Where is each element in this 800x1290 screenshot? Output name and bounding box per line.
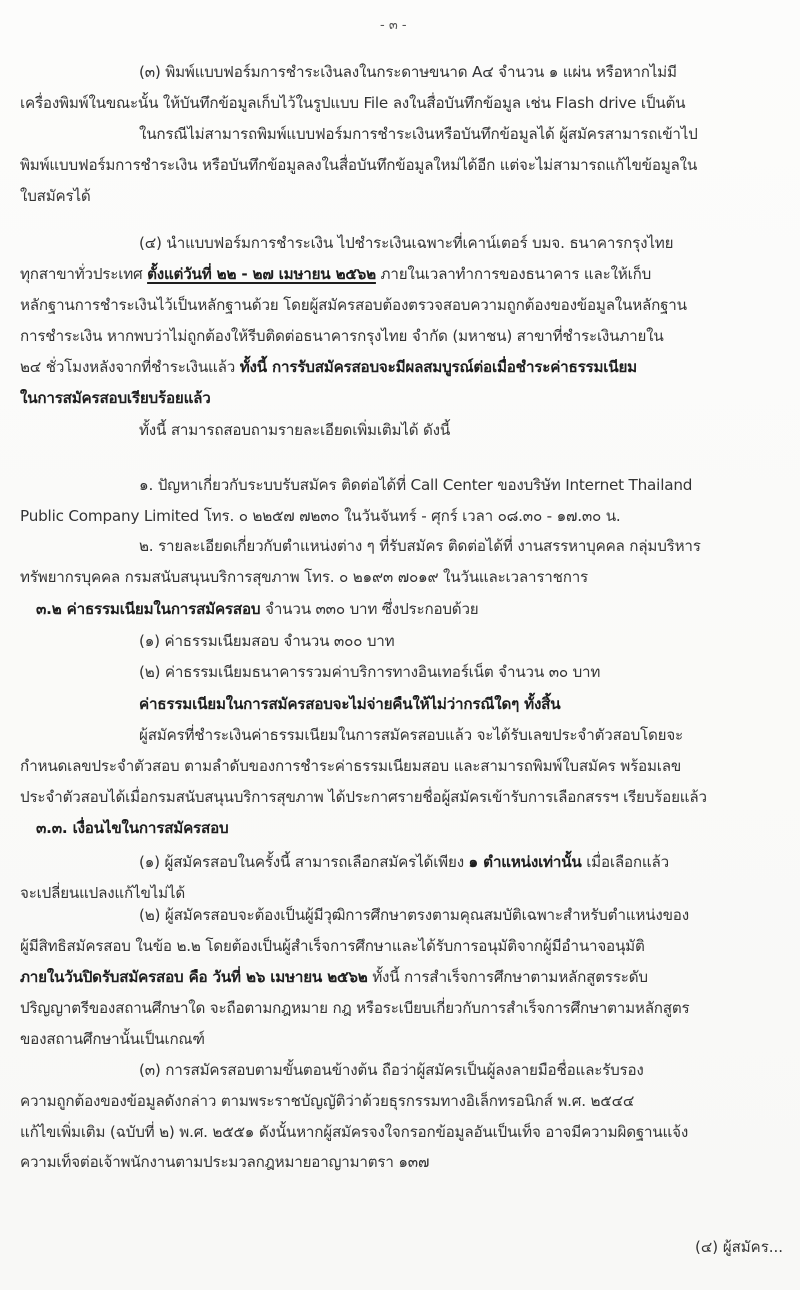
paragraph-line: การชำระเงิน หากพบว่าไม่ถูกต้องให้รีบติดต…: [20, 326, 664, 346]
fee-item: (๑) ค่าธรรมเนียมสอบ จำนวน ๓๐๐ บาท: [139, 631, 394, 651]
paragraph-line: (๔) นำแบบฟอร์มการชำระเงิน ไปชำระเงินเฉพา…: [139, 233, 673, 253]
paragraph-line: เครื่องพิมพ์ในขณะนั้น ให้บันทึกข้อมูลเก็…: [20, 93, 685, 113]
document-page: - ๓ - (๓) พิมพ์แบบฟอร์มการชำระเงินลงในกร…: [0, 0, 800, 1290]
paragraph-line: ใบสมัครได้: [20, 186, 91, 206]
contact-item-1: ๑. ปัญหาเกี่ยวกับระบบรับสมัคร ติดต่อได้ท…: [139, 475, 692, 495]
section-title: ๓.๒ ค่าธรรมเนียมในการสมัครสอบ: [36, 600, 260, 618]
paragraph-line: ของสถานศึกษานั้นเป็นเกณฑ์: [20, 1029, 205, 1049]
continuation-marker: (๔) ผู้สมัคร...: [695, 1235, 783, 1259]
paragraph-line: ๒๔ ชั่วโมงหลังจากที่ชำระเงินแล้ว ทั้งนี้…: [20, 357, 637, 377]
paragraph-line: (๓) พิมพ์แบบฟอร์มการชำระเงินลงในกระดาษขน…: [139, 62, 677, 82]
paragraph-line: ความเท็จต่อเจ้าพนักงานตามประมวลกฎหมายอาญ…: [20, 1152, 429, 1172]
paragraph-line: ปริญญาตรีของสถานศึกษาใด จะถือตามกฎหมาย ก…: [20, 998, 689, 1018]
text-span: เมื่อเลือกแล้ว: [582, 853, 669, 871]
text-span: ทุกสาขาทั่วประเทศ: [20, 265, 147, 283]
no-refund-notice: ค่าธรรมเนียมในการสมัครสอบจะไม่จ่ายคืนให้…: [139, 694, 560, 714]
paragraph-line: จะเปลี่ยนแปลงแก้ไขไม่ได้: [20, 883, 185, 903]
paragraph-line: ความถูกต้องของข้อมูลดังกล่าว ตามพระราชบั…: [20, 1091, 634, 1111]
paragraph-line: ผู้มีสิทธิสมัครสอบ ในข้อ ๒.๒ โดยต้องเป็น…: [20, 936, 645, 956]
paragraph-line: ผู้สมัครที่ชำระเงินค่าธรรมเนียมในการสมัค…: [139, 725, 683, 745]
text-span: ภายในเวลาทำการของธนาคาร และให้เก็บ: [376, 265, 651, 283]
paragraph-line: พิมพ์แบบฟอร์มการชำระเงิน หรือบันทึกข้อมู…: [20, 155, 697, 175]
text-span: ทั้งนี้ การสำเร็จการศึกษาตามหลักสูตรระดั…: [368, 968, 648, 986]
paragraph-line: หลักฐานการชำระเงินไว้เป็นหลักฐานด้วย โดย…: [20, 295, 687, 315]
bold-notice: ทั้งนี้ การรับสมัครสอบจะมีผลสมบูรณ์ต่อเม…: [240, 358, 637, 376]
condition-item-2: (๒) ผู้สมัครสอบจะต้องเป็นผู้มีวุฒิการศึก…: [139, 905, 689, 925]
page-number: - ๓ -: [380, 14, 407, 35]
section-heading-3-3: ๓.๓. เงื่อนไขในการสมัครสอบ: [36, 818, 228, 838]
paragraph-line: ทุกสาขาทั่วประเทศ ตั้งแต่วันที่ ๒๒ - ๒๗ …: [20, 264, 651, 284]
paragraph-line: แก้ไขเพิ่มเติม (ฉบับที่ ๒) พ.ศ. ๒๕๕๑ ดัง…: [20, 1122, 688, 1142]
payment-period: ตั้งแต่วันที่ ๒๒ - ๒๗ เมษายน ๒๕๖๒: [147, 265, 376, 283]
contact-item-1-cont: Public Company Limited โทร. ๐ ๒๒๕๗ ๗๒๓๐ …: [20, 506, 621, 526]
contact-item-2-cont: ทรัพยากรบุคคล กรมสนับสนุนบริการสุขภาพ โท…: [20, 567, 588, 587]
contact-item-2: ๒. รายละเอียดเกี่ยวกับตำแหน่งต่าง ๆ ที่ร…: [139, 536, 701, 556]
bold-notice: ในการสมัครสอบเรียบร้อยแล้ว: [20, 388, 211, 408]
fee-item: (๒) ค่าธรรมเนียมธนาคารรวมค่าบริการทางอิน…: [139, 662, 600, 682]
paragraph-line: ทั้งนี้ สามารถสอบถามรายละเอียดเพิ่มเติมไ…: [139, 420, 450, 440]
text-span: ๒๔ ชั่วโมงหลังจากที่ชำระเงินแล้ว: [20, 358, 240, 376]
section-heading-3-2: ๓.๒ ค่าธรรมเนียมในการสมัครสอบ จำนวน ๓๓๐ …: [36, 599, 479, 619]
bold-notice: ๑ ตำแหน่งเท่านั้น: [469, 853, 582, 871]
condition-item-1: (๑) ผู้สมัครสอบในครั้งนี้ สามารถเลือกสมั…: [139, 852, 669, 872]
text-span: (๑) ผู้สมัครสอบในครั้งนี้ สามารถเลือกสมั…: [139, 853, 469, 871]
paragraph-line: กำหนดเลขประจำตัวสอบ ตามลำดับของการชำระค่…: [20, 756, 681, 776]
text-span: จำนวน ๓๓๐ บาท ซึ่งประกอบด้วย: [260, 600, 478, 618]
paragraph-line: ประจำตัวสอบได้เมื่อกรมสนับสนุนบริการสุขภ…: [20, 787, 707, 807]
condition-item-3: (๓) การสมัครสอบตามขั้นตอนข้างต้น ถือว่าผ…: [139, 1060, 644, 1080]
paragraph-line: ภายในวันปิดรับสมัครสอบ คือ วันที่ ๒๖ เมษ…: [20, 967, 648, 987]
paragraph-line: ในกรณีไม่สามารถพิมพ์แบบฟอร์มการชำระเงินห…: [139, 124, 698, 144]
deadline-notice: ภายในวันปิดรับสมัครสอบ คือ วันที่ ๒๖ เมษ…: [20, 968, 368, 986]
